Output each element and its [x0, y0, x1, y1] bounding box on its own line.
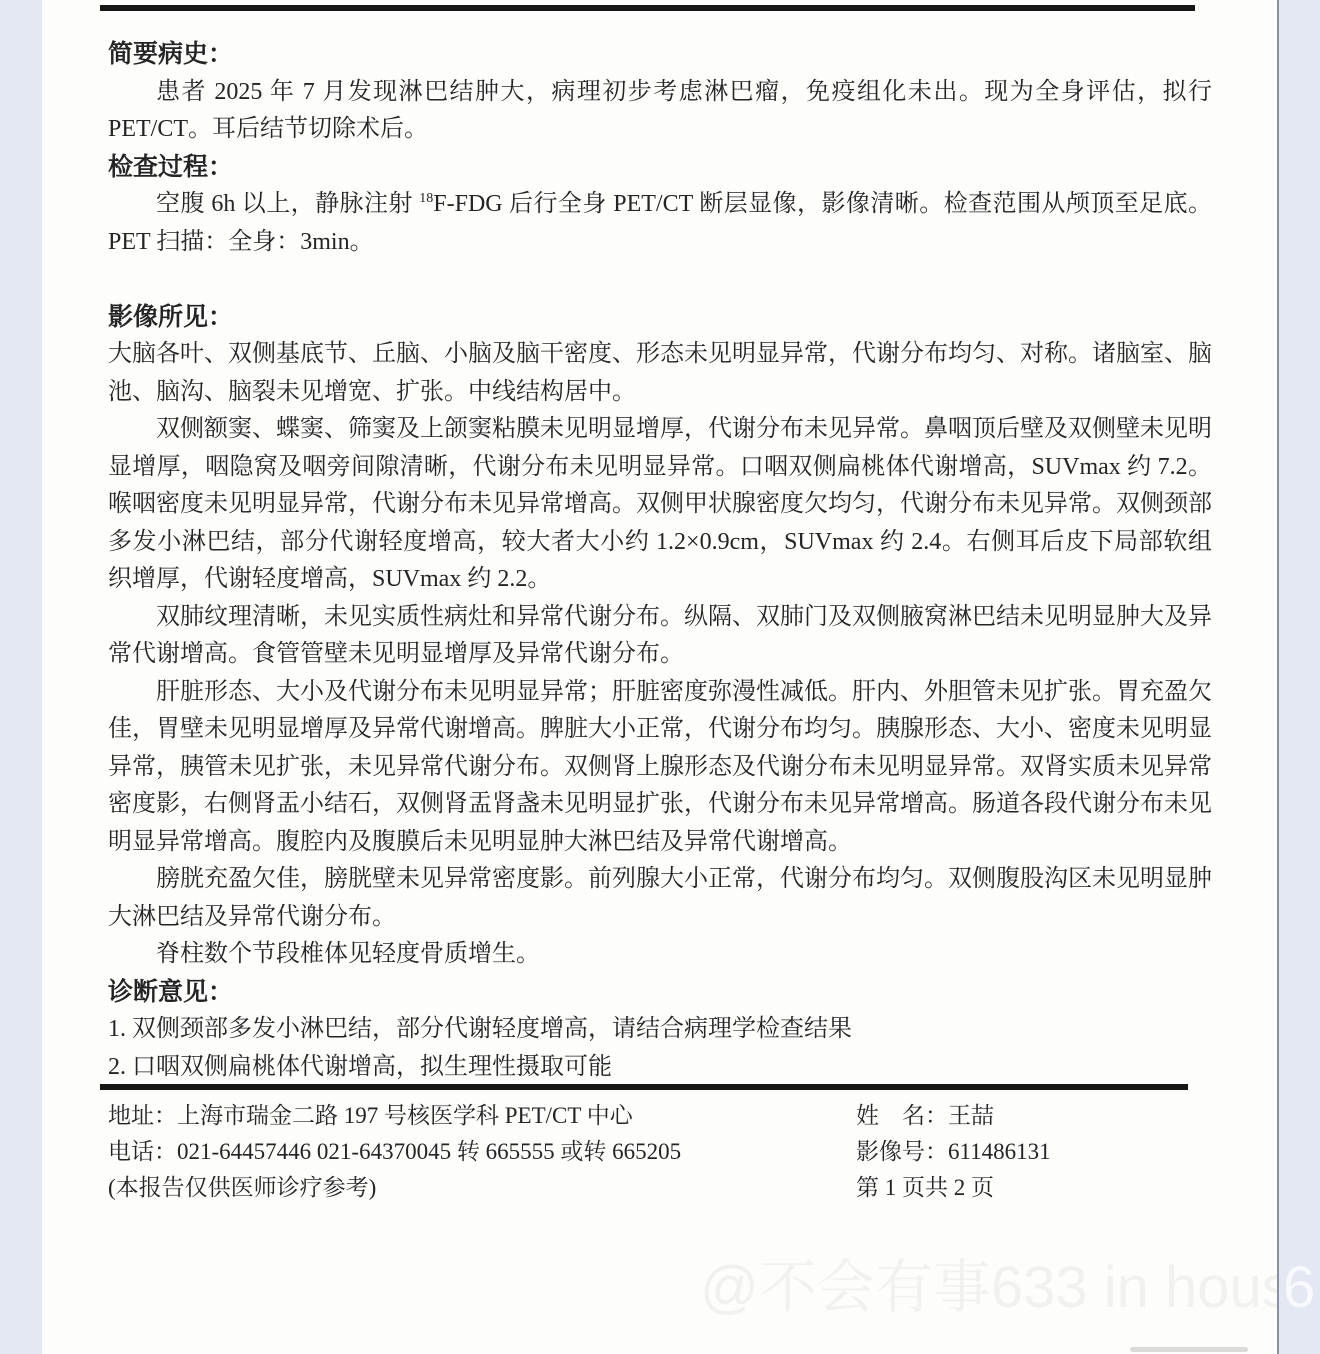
- patient-name-value: 王喆: [948, 1103, 994, 1128]
- disclaimer-text: (本报告仅供医师诊疗参考): [108, 1175, 376, 1200]
- address-value: 上海市瑞金二路 197 号核医学科 PET/CT 中心: [177, 1103, 633, 1128]
- report-body: 简要病史： 患者 2025 年 7 月发现淋巴结肿大，病理初步考虑淋巴瘤，免疫组…: [108, 36, 1212, 1086]
- section-heading-procedure: 检查过程：: [108, 149, 1212, 187]
- findings-paragraph-head-neck: 双侧额窦、蝶窦、筛窦及上颌窦粘膜未见明显增厚，代谢分布未见异常。鼻咽顶后壁及双侧…: [108, 411, 1212, 599]
- footer-page-row: 第 1 页共 2 页: [856, 1170, 1212, 1206]
- section-heading-diagnosis: 诊断意见：: [108, 974, 1212, 1012]
- procedure-text-before-isotope: 空腹 6h 以上，静脉注射: [156, 191, 419, 217]
- right-margin-strip: [1277, 0, 1320, 1354]
- findings-paragraph-spine: 脊柱数个节段椎体见轻度骨质增生。: [108, 936, 1212, 974]
- diagnosis-item-2: 2. 口咽双侧扁桃体代谢增高，拟生理性摄取可能: [108, 1049, 1212, 1087]
- footer-phone-row: 电话：021-64457446 021-64370045 转 665555 或转…: [108, 1134, 768, 1170]
- top-rule: [100, 5, 1195, 11]
- findings-paragraph-brain: 大脑各叶、双侧基底节、丘脑、小脑及脑干密度、形态未见明显异常，代谢分布均匀、对称…: [108, 336, 1212, 411]
- section-heading-findings: 影像所见：: [108, 299, 1212, 337]
- watermark-text: @不会有事633 in house08: [700, 1252, 1277, 1324]
- section-heading-history: 简要病史：: [108, 36, 1212, 74]
- footer-address-row: 地址：上海市瑞金二路 197 号核医学科 PET/CT 中心: [108, 1098, 768, 1134]
- footer-left-column: 地址：上海市瑞金二路 197 号核医学科 PET/CT 中心 电话：021-64…: [108, 1098, 768, 1206]
- history-paragraph: 患者 2025 年 7 月发现淋巴结肿大，病理初步考虑淋巴瘤，免疫组化未出。现为…: [108, 74, 1212, 149]
- phone-value: 021-64457446 021-64370045 转 665555 或转 66…: [177, 1139, 681, 1164]
- isotope-superscript: 18: [419, 191, 433, 206]
- bottom-edge-smudge: [1130, 1347, 1248, 1352]
- phone-label: 电话：: [108, 1139, 177, 1164]
- footer-image-no-row: 影像号：611486131: [856, 1134, 1212, 1170]
- diagnosis-item-1: 1. 双侧颈部多发小淋巴结，部分代谢轻度增高，请结合病理学检查结果: [108, 1011, 1212, 1049]
- procedure-paragraph: 空腹 6h 以上，静脉注射 18F-FDG 后行全身 PET/CT 断层显像，影…: [108, 186, 1212, 261]
- footer-rule: [100, 1084, 1188, 1090]
- page-number-text: 第 1 页共 2 页: [856, 1175, 994, 1200]
- image-no-label: 影像号：: [856, 1139, 948, 1164]
- patient-name-label: 姓 名：: [856, 1103, 948, 1128]
- left-margin-strip: [0, 0, 42, 1354]
- findings-paragraph-abdomen: 肝脏形态、大小及代谢分布未见明显异常；肝脏密度弥漫性减低。肝内、外胆管未见扩张。…: [108, 674, 1212, 862]
- report-page: 简要病史： 患者 2025 年 7 月发现淋巴结肿大，病理初步考虑淋巴瘤，免疫组…: [0, 0, 1320, 1354]
- findings-paragraph-chest: 双肺纹理清晰，未见实质性病灶和异常代谢分布。纵隔、双肺门及双侧腋窝淋巴结未见明显…: [108, 599, 1212, 674]
- footer-name-row: 姓 名：王喆: [856, 1098, 1212, 1134]
- findings-paragraph-pelvis: 膀胱充盈欠佳，膀胱壁未见异常密度影。前列腺大小正常，代谢分布均匀。双侧腹股沟区未…: [108, 861, 1212, 936]
- image-no-value: 611486131: [948, 1139, 1051, 1164]
- footer-disclaimer-row: (本报告仅供医师诊疗参考): [108, 1170, 768, 1206]
- footer-right-column: 姓 名：王喆 影像号：611486131 第 1 页共 2 页: [856, 1098, 1212, 1206]
- address-label: 地址：: [108, 1103, 177, 1128]
